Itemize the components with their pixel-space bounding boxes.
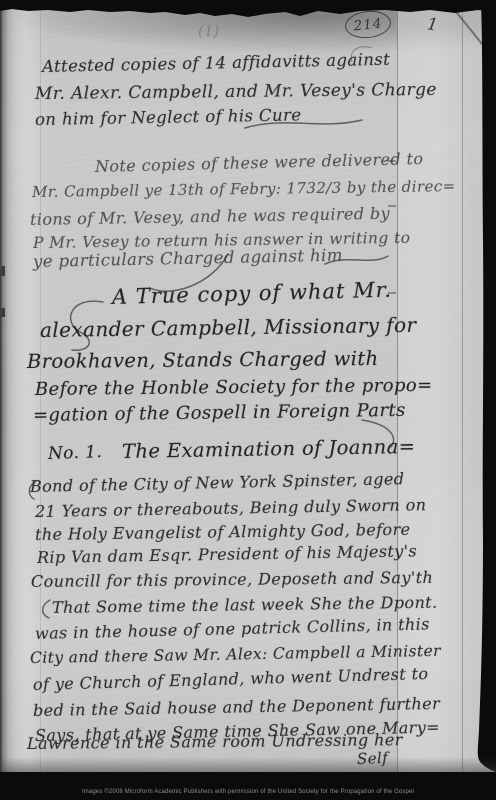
manuscript-line: Councill for this province, Deposeth and…: [31, 568, 433, 591]
manuscript-line: That Some time the last week She the Dpo…: [52, 593, 438, 618]
manuscript-line: tions of Mr. Vesey, and he was required …: [30, 204, 390, 229]
manuscript-line: of ye Church of England, who went Undres…: [33, 664, 429, 694]
manuscript-line: City and there Saw Mr. Alex: Campbell a …: [30, 642, 441, 668]
manuscript-line: Attested copies of 14 affidavitts agains…: [42, 50, 391, 77]
page-number-circle: 214: [344, 9, 393, 41]
film-edge-mark: [1, 266, 5, 276]
manuscript-line: A True copy of what Mr.: [112, 278, 393, 311]
manuscript-line: Bond of the City of New York Spinster, a…: [30, 469, 405, 496]
manuscript-line: was in the house of one patrick Collins,…: [35, 614, 430, 643]
examination-number-label: No. 1.: [48, 442, 103, 464]
manuscript-line: Note copies of these were delivered to: [95, 149, 424, 176]
manuscript-line: Self: [357, 749, 389, 768]
faint-page-number: (1): [198, 22, 219, 40]
manuscript-line: bed in the Said house and the Deponent f…: [33, 694, 440, 720]
manuscript-line: on him for Neglect of his Cure: [35, 105, 302, 129]
manuscript-scan-page: (1) 214 1 Attested copies of 14 affidavi…: [0, 0, 496, 800]
manuscript-line: alexander Campbell, Missionary for: [40, 313, 417, 342]
page-bottom-shadow: [0, 757, 496, 772]
manuscript-line: the Holy Evangelist of Almighty God, bef…: [35, 520, 411, 544]
manuscript-line: Rip Van dam Esqr. President of his Majes…: [37, 541, 417, 567]
film-bottom-border: [0, 772, 496, 800]
film-edge-mark: [1, 308, 5, 317]
manuscript-line: Lawrence in the Same room Undressing her: [27, 730, 403, 753]
manuscript-line: Brookhaven, Stands Charged with: [27, 347, 379, 373]
manuscript-line: 21 Years or thereabouts, Being duly Swor…: [35, 495, 427, 521]
manuscript-line: Before the Honble Society for the propo=: [35, 375, 433, 401]
manuscript-line: Mr. Alexr. Campbell, and Mr. Vesey's Cha…: [35, 80, 437, 105]
film-left-edge: [0, 0, 18, 800]
page-number-circled: 214: [353, 15, 383, 34]
manuscript-line: Mr. Campbell ye 13th of Febry: 1732/3 by…: [32, 177, 456, 201]
copyright-credit: Images ©2008 Microform Academic Publishe…: [0, 789, 496, 795]
film-right-rule: [462, 0, 463, 772]
manuscript-line: =gation of the Gospell in Foreign Parts: [33, 400, 406, 427]
manuscript-line: The Examination of Joanna=: [122, 435, 416, 464]
